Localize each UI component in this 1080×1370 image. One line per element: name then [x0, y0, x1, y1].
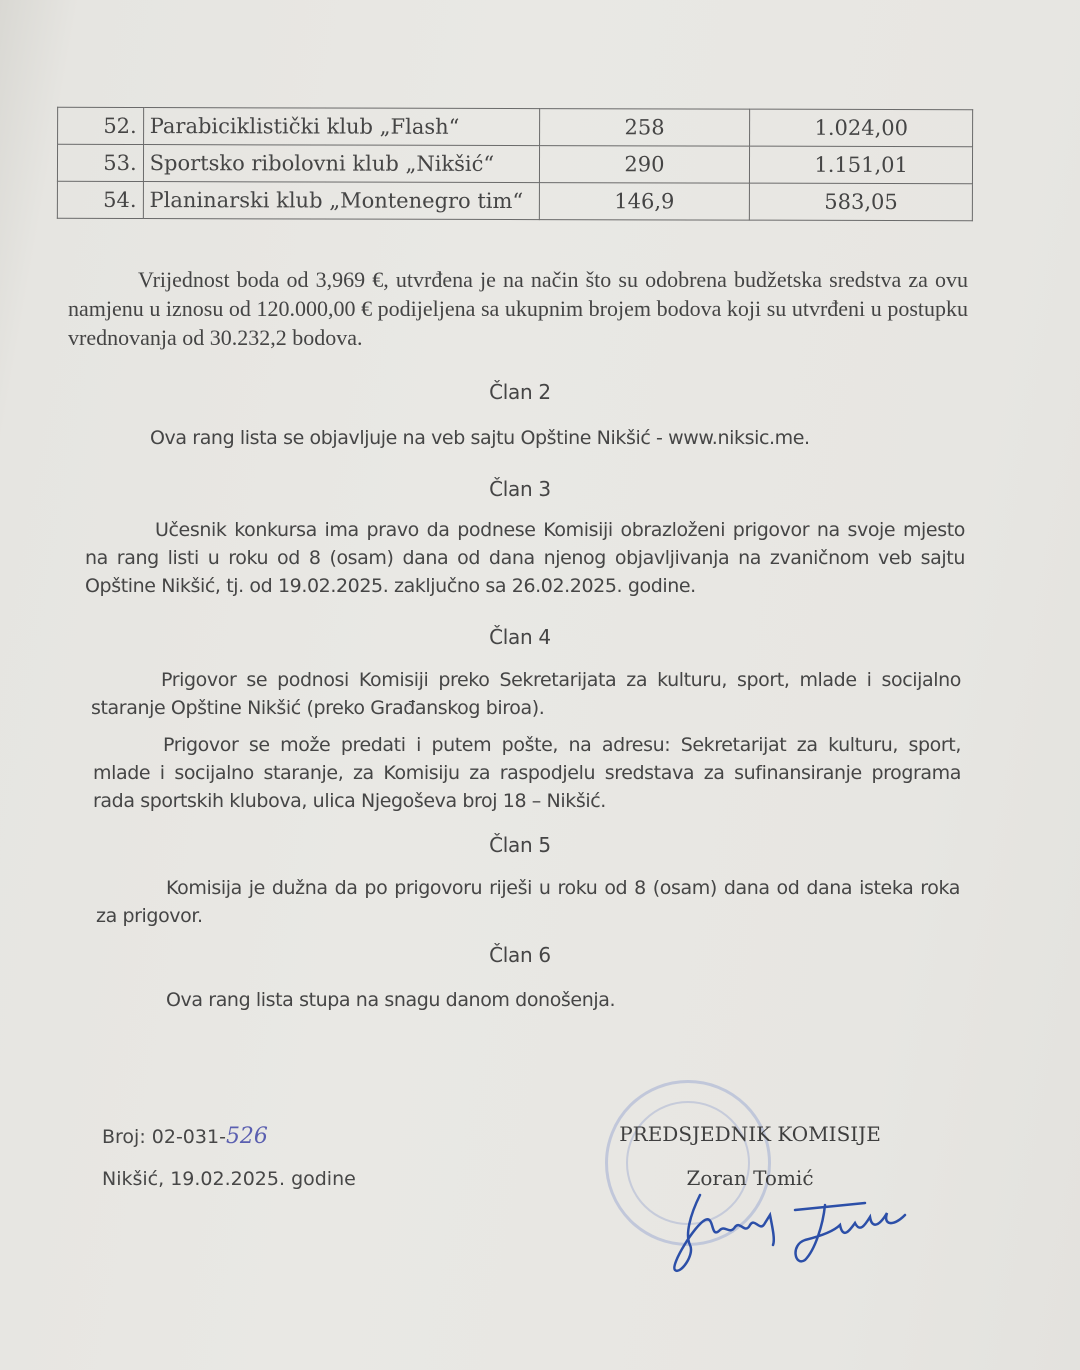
table-row: 52. Parabiciklistički klub „Flash“ 258 1… — [58, 107, 973, 146]
article-6-text: Ova rang lista stupa na snagu danom dono… — [96, 986, 976, 1014]
amount: 1.024,00 — [750, 109, 973, 147]
points: 290 — [539, 146, 750, 184]
place-date: Nikšić, 19.02.2025. godine — [102, 1158, 356, 1200]
article-4-text-1: Prigovor se podnosi Komisiji preko Sekre… — [91, 666, 961, 722]
article-2-heading: Član 2 — [0, 380, 1040, 404]
article-3-heading: Član 3 — [0, 477, 1040, 501]
article-6-heading: Član 6 — [0, 943, 1040, 967]
points: 258 — [539, 109, 750, 147]
document-page: 52. Parabiciklistički klub „Flash“ 258 1… — [0, 0, 1080, 1370]
row-number: 53. — [57, 144, 143, 181]
table-row: 53. Sportsko ribolovni klub „Nikšić“ 290… — [57, 144, 972, 183]
table-row: 54. Planinarski klub „Montenegro tim“ 14… — [57, 181, 972, 220]
handwritten-number: 526 — [226, 1124, 268, 1149]
article-4-text-2: Prigovor se može predati i putem pošte, … — [93, 731, 961, 815]
article-5-text: Komisija je dužna da po prigovoru riješi… — [96, 874, 960, 930]
club-name: Planinarski klub „Montenegro tim“ — [143, 182, 539, 220]
document-number: Broj: 02-031-526 — [102, 1116, 356, 1158]
amount: 583,05 — [750, 183, 973, 221]
allocation-table: 52. Parabiciklistički klub „Flash“ 258 1… — [57, 107, 973, 221]
article-5-heading: Član 5 — [0, 833, 1040, 857]
club-name: Sportsko ribolovni klub „Nikšić“ — [143, 145, 539, 183]
document-number-label: Broj: 02-031- — [102, 1126, 226, 1148]
row-number: 54. — [57, 181, 143, 218]
points: 146,9 — [539, 183, 750, 221]
club-name: Parabiciklistički klub „Flash“ — [143, 108, 539, 146]
amount: 1.151,01 — [750, 146, 973, 184]
article-4-heading: Član 4 — [0, 625, 1040, 649]
point-value-paragraph: Vrijednost boda od 3,969 €, utvrđena je … — [68, 265, 968, 352]
article-3-text: Učesnik konkursa ima pravo da podnese Ko… — [85, 516, 965, 600]
article-2-text: Ova rang lista se objavljuje na veb sajt… — [80, 424, 960, 452]
document-reference: Broj: 02-031-526 Nikšić, 19.02.2025. god… — [102, 1116, 356, 1200]
signer-title: PREDSJEDNIK KOMISIJE — [600, 1112, 900, 1156]
row-number: 52. — [58, 107, 144, 144]
signature-icon — [665, 1185, 915, 1280]
